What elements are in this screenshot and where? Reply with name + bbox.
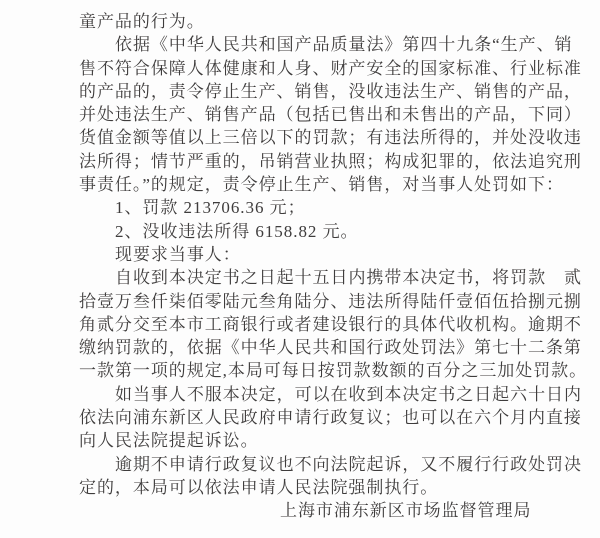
document-line: 事责任。”的规定，责令停止生产、销售，对当事人处罚如下： (79, 173, 582, 196)
document-line: 1、罚款 213706.36 元； (79, 196, 582, 219)
document-line: 逾期不申请行政复议也不向法院起诉，又不履行行政处罚决 (79, 453, 582, 476)
document-line: 现要求当事人： (79, 243, 582, 266)
document-line: 依法向浦东新区人民政府申请行政复议；也可以在六个月内直接 (79, 406, 582, 429)
document-line: 依据《中华人民共和国产品质量法》第四十九条“生产、销 (79, 33, 582, 56)
document-line: 童产品的行为。 (79, 10, 582, 33)
document-line: 拾壹万叁仟柒佰零陆元叁角陆分、违法所得陆仟壹佰伍拾捌元捌 (79, 290, 582, 313)
document-line: 向人民法院提起诉讼。 (79, 429, 582, 452)
document-line: 的产品的，责令停止生产、销售，没收违法生产、销售的产品， (79, 80, 582, 103)
document-line: 货值金额等值以上三倍以下的罚款；有违法所得的，并处没收违 (79, 126, 582, 149)
document-line: 如当事人不服本决定，可以在收到本决定书之日起六十日内 (79, 383, 582, 406)
document-line: 法所得；情节严重的，吊销营业执照；构成犯罪的，依法追究刑 (79, 150, 582, 173)
document-line: 2、没收违法所得 6158.82 元。 (79, 220, 582, 243)
document-body: 童产品的行为。依据《中华人民共和国产品质量法》第四十九条“生产、销售不符合保障人… (79, 10, 582, 523)
document-line: 自收到本决定书之日起十五日内携带本决定书，将罚款 贰 (79, 266, 582, 289)
document-line: 一款第一项的规定,本局可每日按罚款数额的百分之三加处罚款。 (79, 359, 582, 382)
document-line: 缴纳罚款的，依据《中华人民共和国行政处罚法》第七十二条第 (79, 336, 582, 359)
document-line: 并处违法生产、销售产品（包括已售出和未售出的产品，下同） (79, 103, 582, 126)
document-line: 售不符合保障人体健康和人身、财产安全的国家标准、行业标准 (79, 57, 582, 80)
document-line: 定的，本局可以依法申请人民法院强制执行。 (79, 476, 582, 499)
document-line: 角贰分交至本市工商银行或者建设银行的具体代收机构。逾期不 (79, 313, 582, 336)
issuing-authority-signature: 上海市浦东新区市场监督管理局 (79, 499, 582, 522)
document-page: 童产品的行为。依据《中华人民共和国产品质量法》第四十九条“生产、销售不符合保障人… (0, 0, 600, 538)
